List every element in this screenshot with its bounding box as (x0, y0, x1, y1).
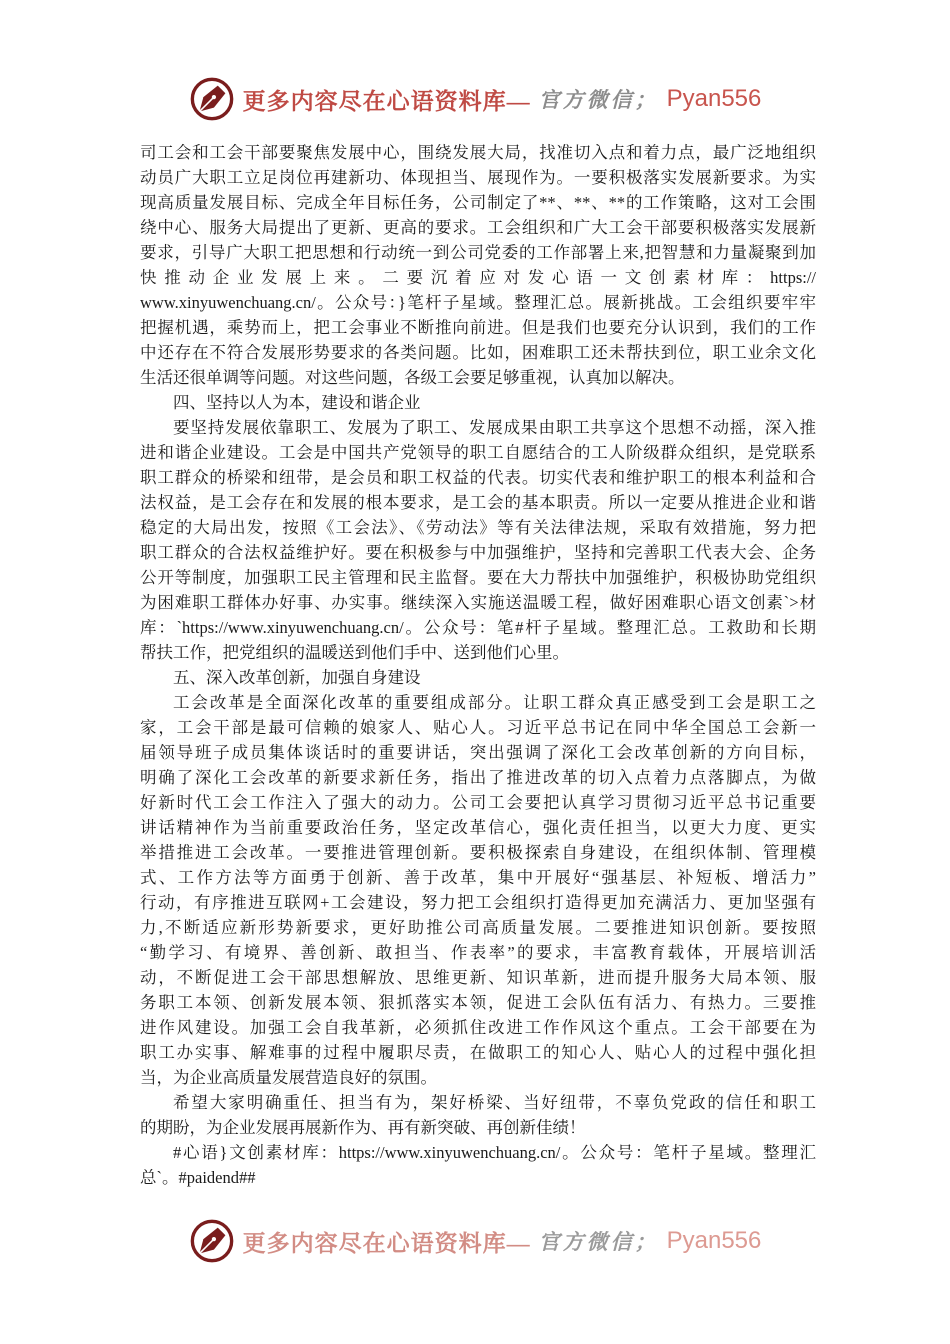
text-line: 职工群众的桥梁和纽带，是会员和职工权益的代表。切实代表和维护职工的根本利益和合 (140, 465, 816, 490)
header-wechat-id: Pyan556 (667, 85, 762, 113)
text-line: 为困难职工群体办好事、办实事。继续深入实施送温暖工程，做好困难职心语文创素`>材 (140, 590, 816, 615)
text-line: 家，工会干部是最可信赖的娘家人、贴心人。习近平总书记在同中华全国总工会新一 (140, 715, 816, 740)
text-line: 司工会和工会干部要聚焦发展中心，围绕发展大局，找准切入点和着力点，最广泛地组织 (140, 140, 816, 165)
pen-nib-logo-icon (189, 76, 235, 122)
text-line: 现高质量发展目标、完成全年目标任务，公司制定了**、**、**的工作策略，这对工… (140, 190, 816, 215)
text-line: www.xinyuwenchuang.cn/。公众号：}笔杆子星域。整理汇总。展… (140, 290, 816, 315)
text-line: 总`。#paidend## (140, 1165, 816, 1190)
footer-wechat-label: 官方微信； (539, 1226, 659, 1256)
text-line: 届领导班子成员集体谈话时的重要讲话，突出强调了深化工会改革创新的方向目标， (140, 740, 816, 765)
text-line: 当，为企业高质量发展营造良好的氛围。 (140, 1065, 816, 1090)
text-line: 举措推进工会改革。一要推进管理创新。要积极探索自身建设，在组织体制、管理模 (140, 840, 816, 865)
text-line: 动员广大职工立足岗位再建新功、体现担当、展现作为。一要积极落实发展新要求。为实 (140, 165, 816, 190)
text-line: 希望大家明确重任、担当有为，架好桥梁、当好纽带，不辜负党政的信任和职工 (140, 1090, 816, 1115)
pen-nib-logo-icon (189, 1218, 235, 1264)
text-line: 式、工作方法等方面勇于创新、善于改革，集中开展好“强基层、补短板、增活力” (140, 865, 816, 890)
footer-brand-text: 更多内容尽在心语资料库— (243, 1225, 531, 1258)
text-line: 好新时代工会工作注入了强大的动力。公司工会要把认真学习贯彻习近平总书记重要 (140, 790, 816, 815)
section-heading: 四、坚持以人为本，建设和谐企业 (140, 390, 816, 415)
footer-banner: 更多内容尽在心语资料库— 官方微信； Pyan556 (0, 1218, 950, 1264)
text-line: 稳定的大局出发，按照《工会法》、《劳动法》等有关法律法规，采取有效措施，努力把 (140, 515, 816, 540)
text-line: 职工群众的合法权益维护好。要在积极参与中加强维护，坚持和完善职工代表大会、企务 (140, 540, 816, 565)
text-line: 职工办实事、解难事的过程中履职尽责，在做职工的知心人、贴心人的过程中强化担 (140, 1040, 816, 1065)
text-line: 进和谐企业建设。工会是中国共产党领导的职工自愿结合的工人阶级群众组织，是党联系 (140, 440, 816, 465)
text-line: #心语}文创素材库：https://www.xinyuwenchuang.cn/… (140, 1140, 816, 1165)
text-line: 帮扶工作，把党组织的温暖送到他们手中、送到他们心里。 (140, 640, 816, 665)
text-line: 把握机遇，乘势而上，把工会事业不断推向前进。但是我们也要充分认识到，我们的工作 (140, 315, 816, 340)
section-heading: 五、深入改革创新，加强自身建设 (140, 665, 816, 690)
text-line: 进作风建设。加强工会自我革新，必须抓住改进工作作风这个重点。工会干部要在为 (140, 1015, 816, 1040)
text-line: 快推动企业发展上来。二要沉着应对发心语一文创素材库：https:// (140, 265, 816, 290)
text-line: 生活还很单调等问题。对这些问题，各级工会要足够重视，认真加以解决。 (140, 365, 816, 390)
text-line: “勤学习、有境界、善创新、敢担当、作表率”的要求，丰富教育载体，开展培训活 (140, 940, 816, 965)
text-line: 工会改革是全面深化改革的重要组成部分。让职工群众真正感受到工会是职工之 (140, 690, 816, 715)
text-line: 要坚持发展依靠职工、发展为了职工、发展成果由职工共享这个思想不动摇，深入推 (140, 415, 816, 440)
text-line: 务职工本领、创新发展本领、狠抓落实本领，促进工会队伍有活力、有热力。三要推 (140, 990, 816, 1015)
text-line: 讲话精神作为当前重要政治任务，坚定改革信心，强化责任担当，以更大力度、更实 (140, 815, 816, 840)
footer-wechat-id: Pyan556 (667, 1227, 762, 1255)
header-banner: 更多内容尽在心语资料库— 官方微信； Pyan556 (0, 0, 950, 122)
text-line: 明确了深化工会改革的新要求新任务，指出了推进改革的切入点着力点落脚点，为做 (140, 765, 816, 790)
text-line: 中还存在不符合发展形势要求的各类问题。比如，困难职工还未帮扶到位，职工业余文化 (140, 340, 816, 365)
text-line: 库：`https://www.xinyuwenchuang.cn/。公众号：笔#… (140, 615, 816, 640)
text-line: 的期盼，为企业发展再展新作为、再有新突破、再创新佳绩！ (140, 1115, 816, 1140)
text-line: 要求，引导广大职工把思想和行动统一到公司党委的工作部署上来,把智慧和力量凝聚到加 (140, 240, 816, 265)
text-line: 法权益，是工会存在和发展的根本要求，是工会的基本职责。所以一定要从推进企业和谐 (140, 490, 816, 515)
document-body: 司工会和工会干部要聚焦发展中心，围绕发展大局，找准切入点和着力点，最广泛地组织动… (140, 140, 816, 1190)
header-brand-text: 更多内容尽在心语资料库— (243, 83, 531, 116)
text-line: 力,不断适应新形势新要求，更好助推公司高质量发展。二要推进知识创新。要按照 (140, 915, 816, 940)
document-page: 更多内容尽在心语资料库— 官方微信； Pyan556 司工会和工会干部要聚焦发展… (0, 0, 950, 1344)
header-wechat-label: 官方微信； (539, 84, 659, 114)
text-line: 公开等制度，加强职工民主管理和民主监督。要在大力帮扶中加强维护，积极协助党组织 (140, 565, 816, 590)
text-line: 动，不断促进工会干部思想解放、思维更新、知识革新，进而提升服务大局本领、服 (140, 965, 816, 990)
text-line: 行动，有序推进互联网+工会建设，努力把工会组织打造得更加充满活力、更加坚强有 (140, 890, 816, 915)
text-line: 绕中心、服务大局提出了更新、更高的要求。工会组织和广大工会干部要积极落实发展新 (140, 215, 816, 240)
